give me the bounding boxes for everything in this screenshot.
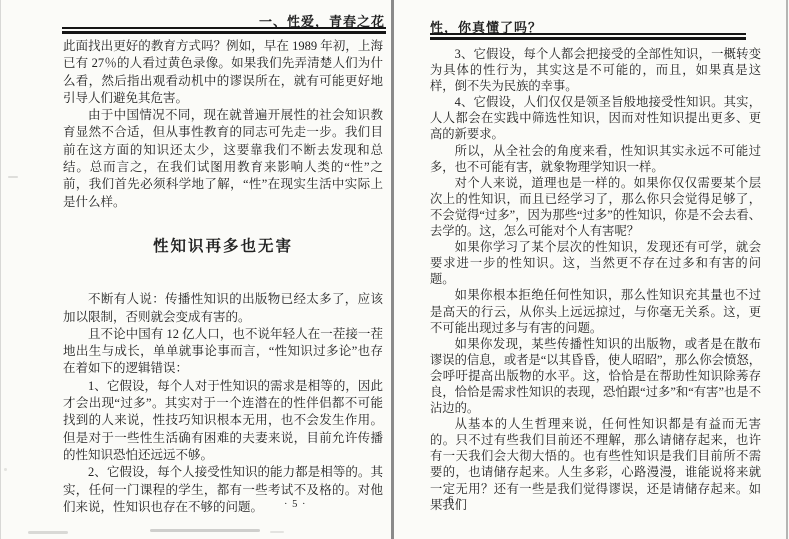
paragraph: 如果你根本拒绝任何性知识，那么性知识充其量也不过是高天的行云，从你头上远远掠过，… — [430, 287, 761, 335]
body-text-right: 3、它假设，每个人都会把接受的全部性知识，一概转变为具体的性行为，其实这是不可能… — [430, 46, 761, 513]
book-scan-spread: 一、性爱，青春之花 此面找出更好的教育方式吗？例如，早在 1989 年初，上海已… — [0, 0, 789, 539]
scan-smudge — [150, 529, 260, 532]
paragraph: 从基本的人生哲理来说，任何性知识都是有益而无害的。只不过有些我们目前还不理解，那… — [430, 416, 761, 513]
page-left: 一、性爱，青春之花 此面找出更好的教育方式吗？例如，早在 1989 年初，上海已… — [0, 0, 391, 539]
scan-smudge — [4, 468, 7, 471]
paragraph: 3、它假设，每个人都会把接受的全部性知识，一概转变为具体的性行为，其实这是不可能… — [430, 46, 761, 94]
paragraph: 由于中国情况不同，现在就普遍开展性的社会知识教育显然不合适，但从事性教育的同志可… — [63, 107, 383, 211]
page-number-right: · 6 · — [440, 495, 463, 506]
body-text-left: 此面找出更好的教育方式吗？例如，早在 1989 年初，上海已有 27％的人看过黄… — [63, 38, 383, 516]
header-rule-right — [430, 33, 746, 40]
scan-edge-line-right — [786, 0, 788, 539]
paragraph: 2、它假设，每个人接受性知识的能力都是相等的。其实，任何一门课程的学生，都有一些… — [63, 464, 383, 516]
page-right: 性，你真懂了吗？ 3、它假设，每个人都会把接受的全部性知识，一概转变为具体的性行… — [394, 0, 789, 539]
scan-smudge — [28, 531, 68, 534]
scan-edge-line-left — [0, 0, 1, 539]
paragraph: 1、它假设，每个人对于性知识的需求是相等的，因此才会出现“过多”。其实对于一个连… — [63, 378, 383, 464]
paragraph: 所以，从全社会的角度来看，性知识其实永远不可能过多，也不可能有害，就象物理学知识… — [430, 143, 761, 175]
scan-smudge — [270, 531, 284, 533]
paragraph: 且不论中国有 12 亿人口，也不说年轻人在一茬接一茬地出生与成长，单单就事论事而… — [63, 326, 383, 378]
paragraph: 如果你学习了某个层次的性知识，发现还有可学，就会要求进一步的性知识。这，当然更不… — [430, 239, 761, 287]
paragraph: 如果你发现，某些传播性知识的出版物，或者是在散布谬误的信息，或者是“以其昏昏，使… — [430, 336, 761, 416]
paragraph: 对个人来说，道理也是一样的。如果你仅仅需要某个层次上的性知识，而且已经学习了，那… — [430, 175, 761, 239]
paragraph: 不断有人说：传播性知识的出版物已经太多了，应该加以限制，否则就会变成有害的。 — [63, 291, 383, 326]
page-number-left: · 5 · — [284, 499, 307, 510]
section-title: 性知识再多也无害 — [63, 238, 383, 255]
paragraph: 4、它假设，人们仅仅是领圣旨般地接受性知识。其实，人人都会在实践中筛选性知识，因… — [430, 94, 761, 142]
header-rule-left — [62, 27, 386, 34]
scan-smudge — [8, 176, 18, 178]
paragraph: 此面找出更好的教育方式吗？例如，早在 1989 年初，上海已有 27％的人看过黄… — [63, 38, 383, 107]
